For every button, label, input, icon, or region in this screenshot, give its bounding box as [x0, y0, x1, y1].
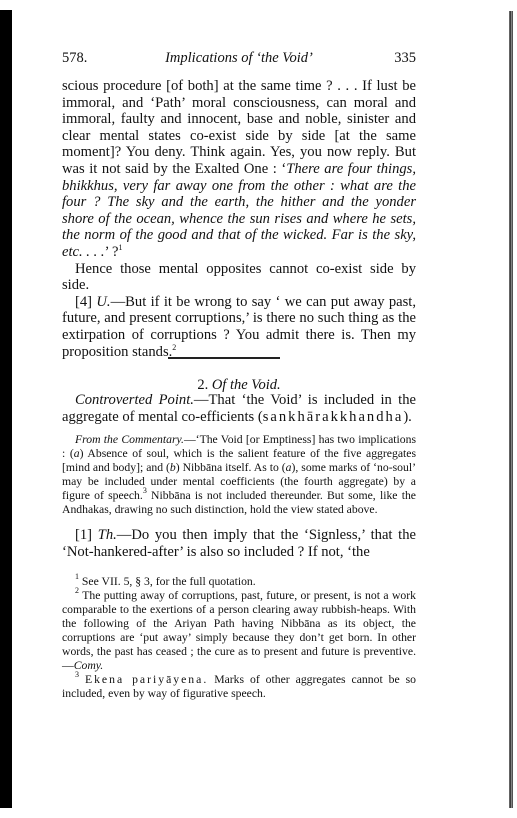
- commentary-label: From the Commentary.: [75, 433, 184, 446]
- footnotes: 1 See VII. 5, § 3, for the full quotatio…: [62, 575, 416, 701]
- paragraph-conclusion: Hence those mental opposites cannot co-e…: [62, 261, 416, 294]
- speaker-label: Th.: [98, 527, 117, 543]
- paragraph-argument-4: [4] U.—But if it be wrong to say ‘ we ca…: [62, 294, 416, 360]
- footnote-ref-2: 2: [172, 343, 176, 352]
- continued-text-block: scious procedure [of both] at the same t…: [62, 78, 416, 360]
- controverted-point-label: Controverted Point.: [75, 392, 194, 408]
- running-title: Implications of ‘the Void’: [62, 49, 416, 67]
- page-number: 335: [394, 49, 416, 67]
- controverted-point-block: Controverted Point.—That ‘the Void’ is i…: [62, 392, 416, 425]
- commentary-paragraph: From the Commentary.—‘The Void [or Empti…: [62, 433, 416, 517]
- running-head: 578. Implications of ‘the Void’ 335: [62, 49, 416, 67]
- argument-number: [1]: [75, 527, 92, 543]
- footnote-3: 3 Ekena pariyāyena. Marks of other aggre…: [62, 673, 416, 701]
- pali-term: sankhārakkhandha: [263, 409, 404, 425]
- paragraph-argument-1: [1] Th.—Do you then imply that the ‘Sign…: [62, 527, 416, 560]
- argument-number: [4]: [75, 294, 92, 310]
- argument-block: [1] Th.—Do you then imply that the ‘Sign…: [62, 527, 416, 560]
- section-divider-rule: [168, 357, 280, 359]
- pali-term: Ekena pariyāyena.: [85, 673, 208, 686]
- scan-right-page-edge: [509, 11, 513, 808]
- footnote-ref-1: 1: [118, 243, 122, 252]
- paragraph-continued: scious procedure [of both] at the same t…: [62, 78, 416, 261]
- scan-left-edge-shadow: [0, 10, 12, 808]
- speaker-label: U.: [96, 294, 110, 310]
- footnote-2: 2 The putting away of corruptions, past,…: [62, 589, 416, 673]
- controverted-point: Controverted Point.—That ‘the Void’ is i…: [62, 392, 416, 425]
- footnote-1: 1 See VII. 5, § 3, for the full quotatio…: [62, 575, 416, 589]
